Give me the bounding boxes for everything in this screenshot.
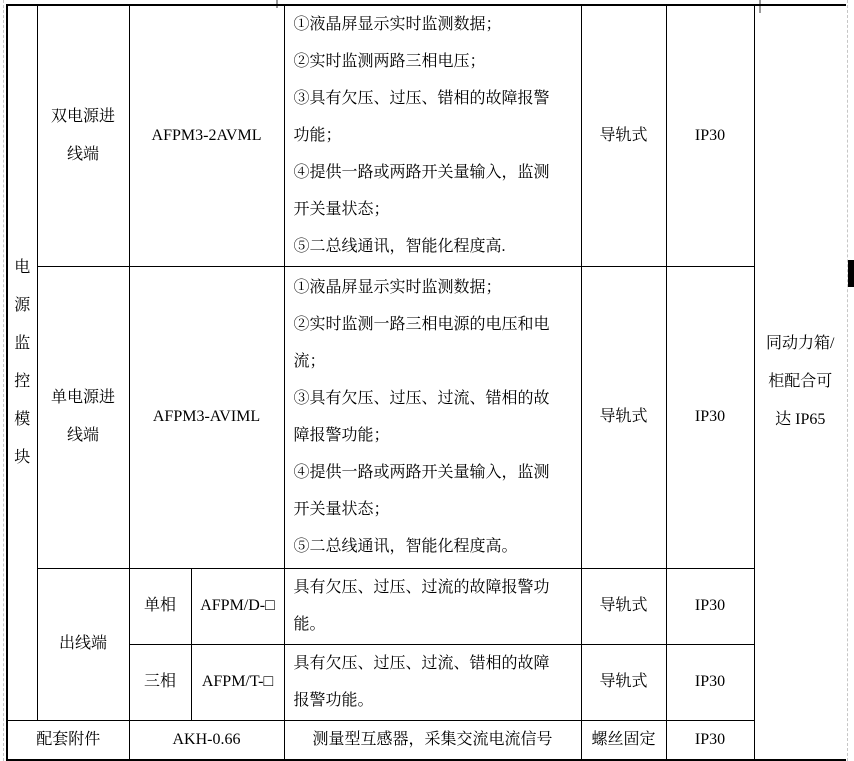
text-line: 开关量状态； bbox=[294, 491, 581, 528]
accessory-ip-cell: IP30 bbox=[666, 720, 754, 760]
description-cell: 具有欠压、过压、过流、错相的故障报警功能。 bbox=[284, 644, 581, 720]
ip-rating-cell: IP30 bbox=[666, 568, 754, 644]
text-line: ①液晶屏显示实时监测数据； bbox=[294, 6, 581, 43]
text-line: 障报警功能； bbox=[294, 417, 581, 454]
accessory-description-cell: 测量型互感器，采集交流电流信号 bbox=[284, 720, 581, 760]
scrollbar-thumb[interactable] bbox=[848, 260, 854, 287]
table-row: 单电源进线端 AFPM3-AVIML ①液晶屏显示实时监测数据；②实时监测一路三… bbox=[7, 266, 846, 568]
text-line: 单电源进 bbox=[38, 379, 129, 417]
model-cell: AFPM/T-□ bbox=[191, 644, 284, 720]
text-line: 柜配合可 bbox=[755, 363, 847, 401]
text-line: 具有欠压、过压、过流的故障报警功 bbox=[294, 569, 581, 606]
ip-rating-cell: IP30 bbox=[666, 266, 754, 568]
module-group-cell: 电源监控模块 bbox=[7, 5, 37, 720]
text-line: 功能； bbox=[294, 117, 581, 154]
accessory-label-cell: 配套附件 bbox=[7, 720, 129, 760]
text-line: ③具有欠压、过压、错相的故障报警 bbox=[294, 80, 581, 117]
model-cell: AFPM/D-□ bbox=[191, 568, 284, 644]
text-line: ②实时监测一路三相电源的电压和电 bbox=[294, 306, 581, 343]
spec-table: 电源监控模块 双电源进线端 AFPM3-2AVML ①液晶屏显示实时监测数据；②… bbox=[6, 4, 846, 761]
mount-type-cell: 导轨式 bbox=[581, 644, 666, 720]
phase-cell: 三相 bbox=[129, 644, 191, 720]
text-line: ④提供一路或两路开关量输入，监测 bbox=[294, 454, 581, 491]
description-cell: 具有欠压、过压、过流的故障报警功能。 bbox=[284, 568, 581, 644]
mount-type-cell: 导轨式 bbox=[581, 266, 666, 568]
text-line: ③具有欠压、过压、过流、错相的故 bbox=[294, 380, 581, 417]
protection-note-cell: 同动力箱/柜配合可达 IP65 bbox=[754, 5, 846, 760]
description-cell: ①液晶屏显示实时监测数据；②实时监测一路三相电源的电压和电流；③具有欠压、过压、… bbox=[284, 266, 581, 568]
text-line: 开关量状态； bbox=[294, 191, 581, 228]
ip-rating-cell: IP30 bbox=[666, 644, 754, 720]
table-row: 出线端 单相 AFPM/D-□ 具有欠压、过压、过流的故障报警功能。 导轨式 I… bbox=[7, 568, 846, 644]
model-cell: AFPM3-AVIML bbox=[129, 266, 284, 568]
text-line: 流； bbox=[294, 343, 581, 380]
page-right-edge-guide bbox=[847, 0, 848, 761]
text-line: 能。 bbox=[294, 606, 581, 643]
text-line: ⑤二总线通讯，智能化程度高. bbox=[294, 228, 581, 265]
table-row: 电源监控模块 双电源进线端 AFPM3-2AVML ①液晶屏显示实时监测数据；②… bbox=[7, 5, 846, 266]
text-line: 线端 bbox=[38, 136, 129, 174]
text-line: 报警功能。 bbox=[294, 682, 581, 719]
text-line: 具有欠压、过压、过流、错相的故障 bbox=[294, 645, 581, 682]
table-row: 三相 AFPM/T-□ 具有欠压、过压、过流、错相的故障报警功能。 导轨式 IP… bbox=[7, 644, 846, 720]
category-cell: 单电源进线端 bbox=[37, 266, 129, 568]
mount-type-cell: 导轨式 bbox=[581, 568, 666, 644]
model-cell: AFPM3-2AVML bbox=[129, 5, 284, 266]
accessory-mount-cell: 螺丝固定 bbox=[581, 720, 666, 760]
table-row: 配套附件 AKH-0.66 测量型互感器，采集交流电流信号 螺丝固定 IP30 bbox=[7, 720, 846, 760]
phase-cell: 单相 bbox=[129, 568, 191, 644]
text-line: 同动力箱/ bbox=[755, 325, 847, 363]
text-line: ②实时监测两路三相电压； bbox=[294, 43, 581, 80]
ip-rating-cell: IP30 bbox=[666, 5, 754, 266]
text-line: ⑤二总线通讯，智能化程度高。 bbox=[294, 528, 581, 565]
text-line: 线端 bbox=[38, 417, 129, 455]
page-left-edge-guide bbox=[3, 0, 4, 761]
description-cell: ①液晶屏显示实时监测数据；②实时监测两路三相电压；③具有欠压、过压、错相的故障报… bbox=[284, 5, 581, 266]
outlet-group-cell: 出线端 bbox=[37, 568, 129, 720]
text-line: ①液晶屏显示实时监测数据； bbox=[294, 269, 581, 306]
mount-type-cell: 导轨式 bbox=[581, 5, 666, 266]
text-line: 双电源进 bbox=[38, 98, 129, 136]
accessory-model-cell: AKH-0.66 bbox=[129, 720, 284, 760]
text-line: 达 IP65 bbox=[755, 401, 847, 439]
document-page: 电源监控模块 双电源进线端 AFPM3-2AVML ①液晶屏显示实时监测数据；②… bbox=[0, 0, 854, 761]
text-line: ④提供一路或两路开关量输入，监测 bbox=[294, 154, 581, 191]
category-cell: 双电源进线端 bbox=[37, 5, 129, 266]
module-group-label: 电源监控模块 bbox=[14, 249, 31, 477]
